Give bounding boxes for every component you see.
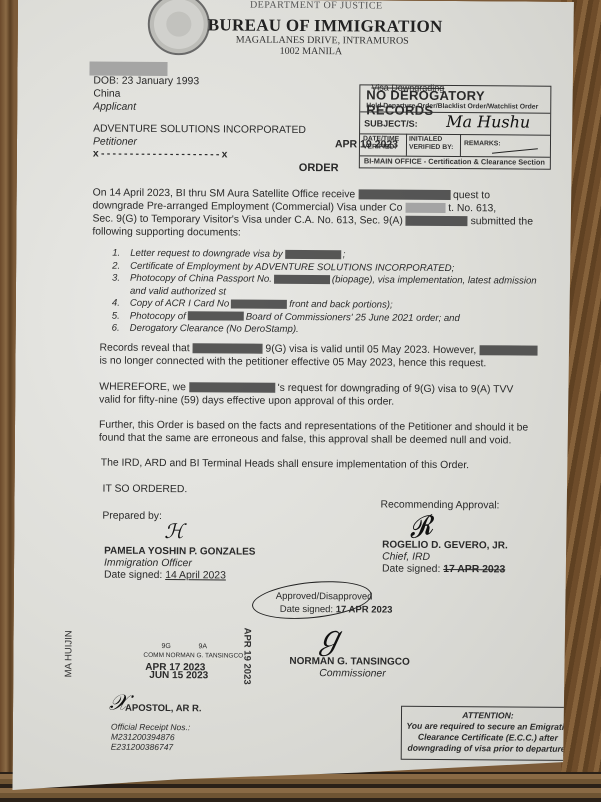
body-p6: IT SO ORDERED. xyxy=(103,483,188,497)
recommending-date: Date signed: 17 APR 2023 xyxy=(382,563,505,577)
stamp-footer: BI-MAIN OFFICE - Certification & Clearan… xyxy=(364,157,545,166)
stamp-subtitle: Hold Departure Order/Blacklist Order/Wat… xyxy=(366,102,538,111)
applicant-dob: DOB: 23 January 1993 xyxy=(93,75,199,89)
order-title: ORDER xyxy=(299,162,339,175)
comm-date-stamp-2: JUN 15 2023 xyxy=(149,669,208,682)
document-list-item: 6.Derogatory Clearance (No DeroStamp). xyxy=(112,322,299,336)
clearance-stamp: NO DEROGATORY RECORDS Hold Departure Ord… xyxy=(359,84,552,169)
stamp-initialed-label: INITIALED VERIFIED BY: xyxy=(409,136,459,152)
agency-address: MAGALLANES DRIVE, INTRAMUROS xyxy=(236,35,409,47)
applicant-role: Applicant xyxy=(93,101,136,114)
body-p5: The IRD, ARD and BI Terminal Heads shall… xyxy=(101,457,469,473)
stamp-date-value: APR 19 2023 xyxy=(335,138,398,150)
receipt-label: Official Receipt Nos.: xyxy=(111,722,190,733)
body-p3-line2: valid for fifty-nine (59) days effective… xyxy=(99,394,394,409)
applicant-nationality: China xyxy=(93,88,120,101)
department-name: DEPARTMENT OF JUSTICE xyxy=(250,0,383,12)
approval-title: Commissioner xyxy=(319,667,385,680)
vertical-date-stamp: APR 19 2023 xyxy=(241,628,252,685)
caption-separator: x - - - - - - - - - - - - - - - - - - - … xyxy=(93,148,227,162)
bureau-seal-icon xyxy=(148,0,210,55)
redacted-text xyxy=(285,250,341,259)
stamp-subject-signature: Ma Hushu xyxy=(446,112,530,132)
recommending-label: Recommending Approval: xyxy=(380,499,499,513)
prepared-date: Date signed: 14 April 2023 xyxy=(104,569,226,583)
prepared-label: Prepared by: xyxy=(102,510,162,523)
attention-box: ATTENTION: You are required to secure an… xyxy=(401,706,575,761)
document-page: DEPARTMENT OF JUSTICE BUREAU OF IMMIGRAT… xyxy=(12,0,574,794)
body-p1-line4: following supporting documents: xyxy=(92,226,241,240)
commissioner-signature: ℊ xyxy=(313,612,345,658)
redacted-applicant xyxy=(358,190,450,201)
stamp-remarks-label: REMARKS: xyxy=(464,140,501,148)
body-p2-line2: is no longer connected with the petition… xyxy=(99,355,486,371)
redacted-text xyxy=(231,299,287,308)
remarks-dash xyxy=(492,148,538,153)
redacted-text xyxy=(274,275,330,284)
approval-status: Approved/Disapproved xyxy=(276,590,373,604)
redacted-text xyxy=(188,312,244,321)
stamp-subject-label: SUBJECT/S: xyxy=(364,118,418,128)
receipt-number-2: E231200386747 xyxy=(111,742,173,752)
attention-line-3: downgrading of visa prior to departure. xyxy=(402,743,574,755)
agency-city: 1002 MANILA xyxy=(280,46,343,57)
receipt-signer: APOSTOL, AR R. xyxy=(125,702,202,716)
prepared-signature: ℋ xyxy=(164,519,184,543)
body-p4-line2: found that the same are erroneous and fa… xyxy=(99,432,512,448)
vertical-name-stamp: MA HUIJIN xyxy=(63,630,74,677)
receipt-number-1: M231200394876 xyxy=(111,732,175,742)
